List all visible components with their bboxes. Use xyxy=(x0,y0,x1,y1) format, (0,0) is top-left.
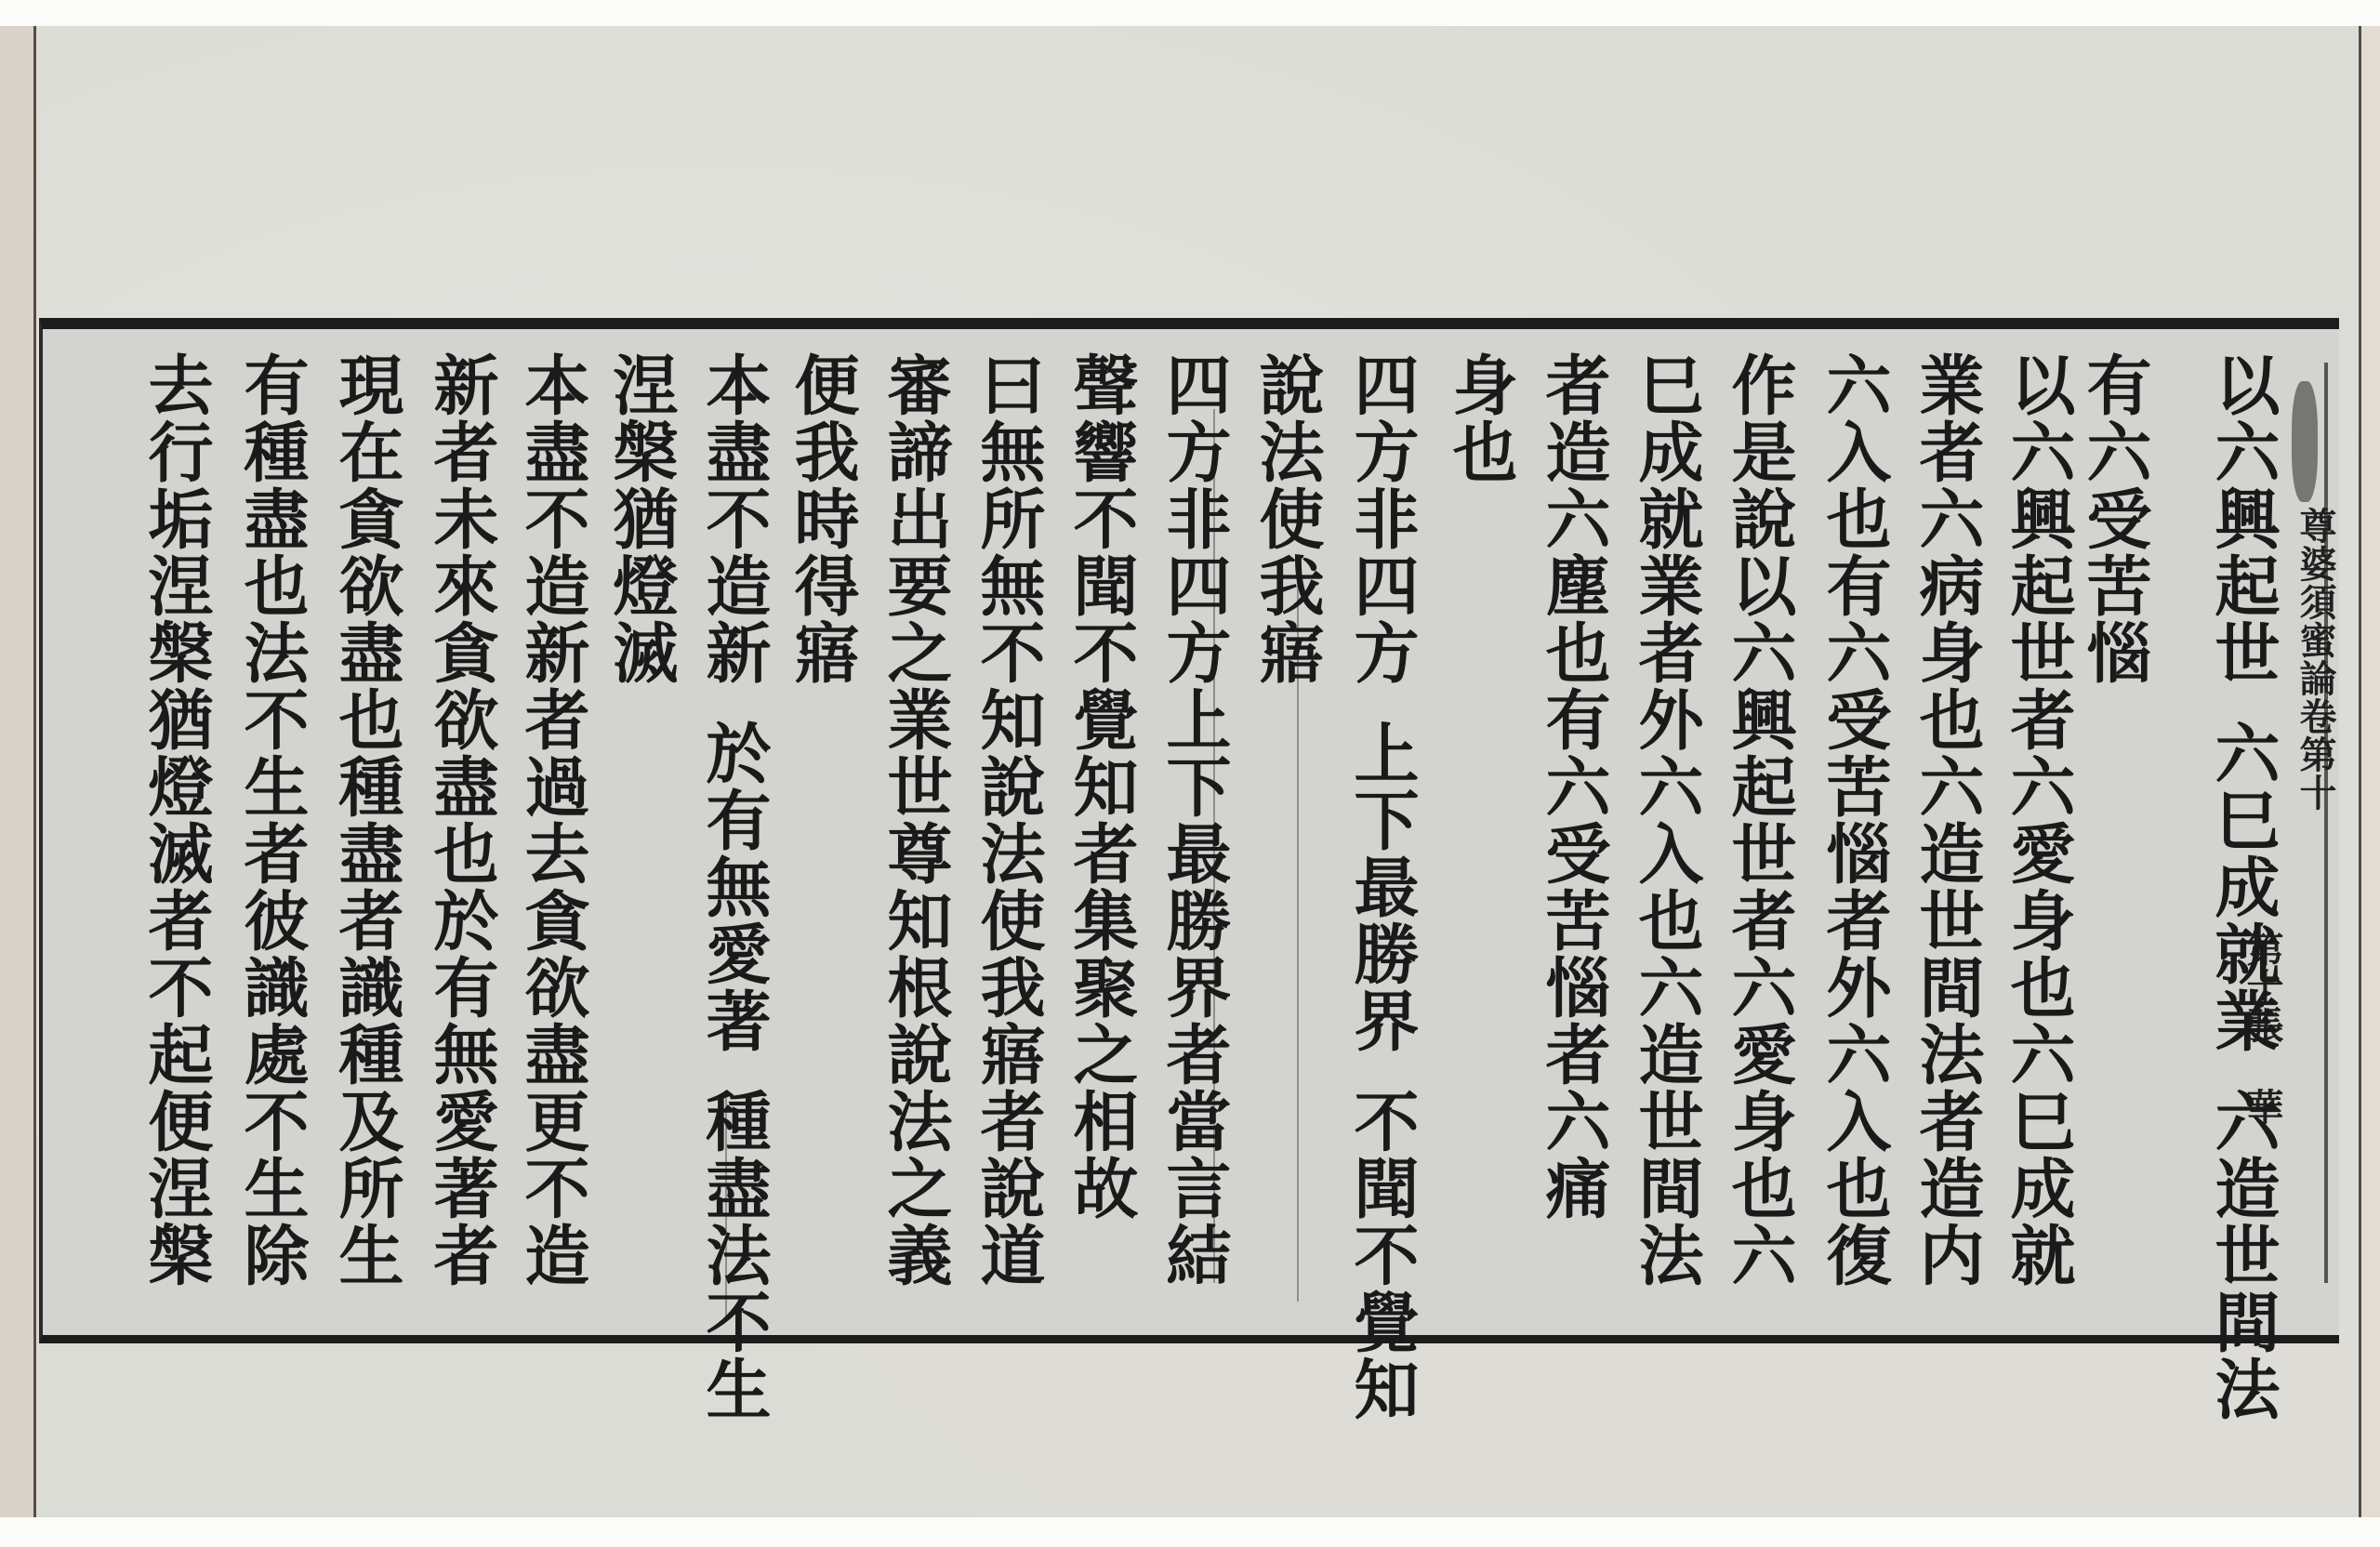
text-segment: 有六受苦惱 xyxy=(2076,351,2153,686)
text-column: 本盡不造新者過去貪欲盡更不造 xyxy=(511,351,593,1289)
text-segment: 現在貪欲盡也種盡者識種及所生 xyxy=(328,351,405,1289)
text-column: 四方非四方上下最勝界不聞不覺知 xyxy=(1341,351,1422,1422)
left-fold-shade xyxy=(0,26,33,1517)
text-segment: 四方非四方上下最勝界者當言結 xyxy=(1156,351,1233,1289)
text-segment: 四方非四方 xyxy=(1343,351,1421,686)
text-column: 現在貪欲盡也種盡者識種及所生 xyxy=(325,351,407,1289)
text-column: 業者六病身也六造世間法者造内 xyxy=(1906,351,1988,1289)
text-segment: 者造六塵也有六受苦惱者六痛 xyxy=(1535,351,1612,1222)
text-segment: 曰無所無不知說法使我寤者說道 xyxy=(970,351,1047,1289)
text-column: 有種盡也法不生者彼識處不生除 xyxy=(231,351,312,1289)
text-column: 聲響不聞不覺知者集聚之相故 xyxy=(1060,351,1142,1222)
text-segment: 作是說以六興起世者六愛身也六 xyxy=(1721,351,1798,1289)
text-column: 有六受苦惱 xyxy=(2073,351,2155,686)
text-segment: 審諦出要之業世尊知根說法之義 xyxy=(877,351,954,1289)
text-segment: 六巳成就業 xyxy=(2204,720,2281,1054)
text-column: 涅槃猶燈滅 xyxy=(600,351,681,686)
text-segment: 於有無愛著 xyxy=(695,720,773,1054)
text-segment: 種盡法不生 xyxy=(695,1088,773,1422)
text-column: 以六興起世者六愛身也六巳成就 xyxy=(1997,351,2079,1289)
text-column: 四方非四方上下最勝界者當言結 xyxy=(1153,351,1235,1289)
text-column: 審諦出要之業世尊知根說法之義 xyxy=(874,351,956,1289)
text-segment: 身也 xyxy=(1442,351,1519,485)
ink-smudge xyxy=(2292,381,2318,502)
text-segment: 六造世間法 xyxy=(2204,1088,2281,1422)
text-segment: 便我時得寤 xyxy=(784,351,861,686)
text-segment: 六入也有六受苦惱者外六入也復 xyxy=(1816,351,1893,1289)
text-column: 作是說以六興起世者六愛身也六 xyxy=(1718,351,1800,1289)
text-column: 者造六塵也有六受苦惱者六痛 xyxy=(1532,351,1614,1222)
text-column: 以六興起世六巳成就業六造世間法 xyxy=(2201,351,2283,1422)
text-column: 曰無所無不知說法使我寤者說道 xyxy=(967,351,1049,1289)
text-segment: 巳成就業者外六入也六造世間法 xyxy=(1628,351,1705,1289)
text-segment: 新者未來貪欲盡也於有無愛著者 xyxy=(423,351,500,1289)
text-segment: 不聞不覺知 xyxy=(1343,1088,1421,1422)
text-column: 六入也有六受苦惱者外六入也復 xyxy=(1813,351,1895,1289)
margin-title: 尊婆須蜜論卷第十 xyxy=(2289,507,2342,812)
text-column: 本盡不造新於有無愛著種盡法不生 xyxy=(693,351,774,1422)
right-fold-line xyxy=(2359,26,2361,1517)
text-column: 去行垢涅槃猶燈滅者不起便涅槃 xyxy=(135,351,217,1289)
text-segment: 業者六病身也六造世間法者造内 xyxy=(1909,351,1986,1289)
text-segment: 說法使我寤 xyxy=(1249,351,1326,686)
text-segment: 有種盡也法不生者彼識處不生除 xyxy=(233,351,311,1289)
text-column: 巳成就業者外六入也六造世間法 xyxy=(1625,351,1707,1289)
text-column: 身也 xyxy=(1439,351,1521,485)
left-fold-line xyxy=(33,26,36,1517)
text-segment: 以六興起世 xyxy=(2204,351,2281,686)
text-column: 說法使我寤 xyxy=(1246,351,1328,686)
text-column: 新者未來貪欲盡也於有無愛著者 xyxy=(420,351,502,1289)
text-segment: 去行垢涅槃猶燈滅者不起便涅槃 xyxy=(138,351,215,1289)
frame-right-border xyxy=(2324,363,2328,1283)
text-segment: 本盡不造新 xyxy=(695,351,773,686)
text-segment: 以六興起世者六愛身也六巳成就 xyxy=(2000,351,2077,1289)
text-segment: 本盡不造新者過去貪欲盡更不造 xyxy=(514,351,591,1289)
text-segment: 涅槃猶燈滅 xyxy=(602,351,680,686)
text-column: 便我時得寤 xyxy=(781,351,863,686)
text-segment: 聲響不聞不覺知者集聚之相故 xyxy=(1063,351,1140,1222)
text-segment: 上下最勝界 xyxy=(1343,720,1421,1054)
right-fold-shade xyxy=(2361,26,2380,1517)
